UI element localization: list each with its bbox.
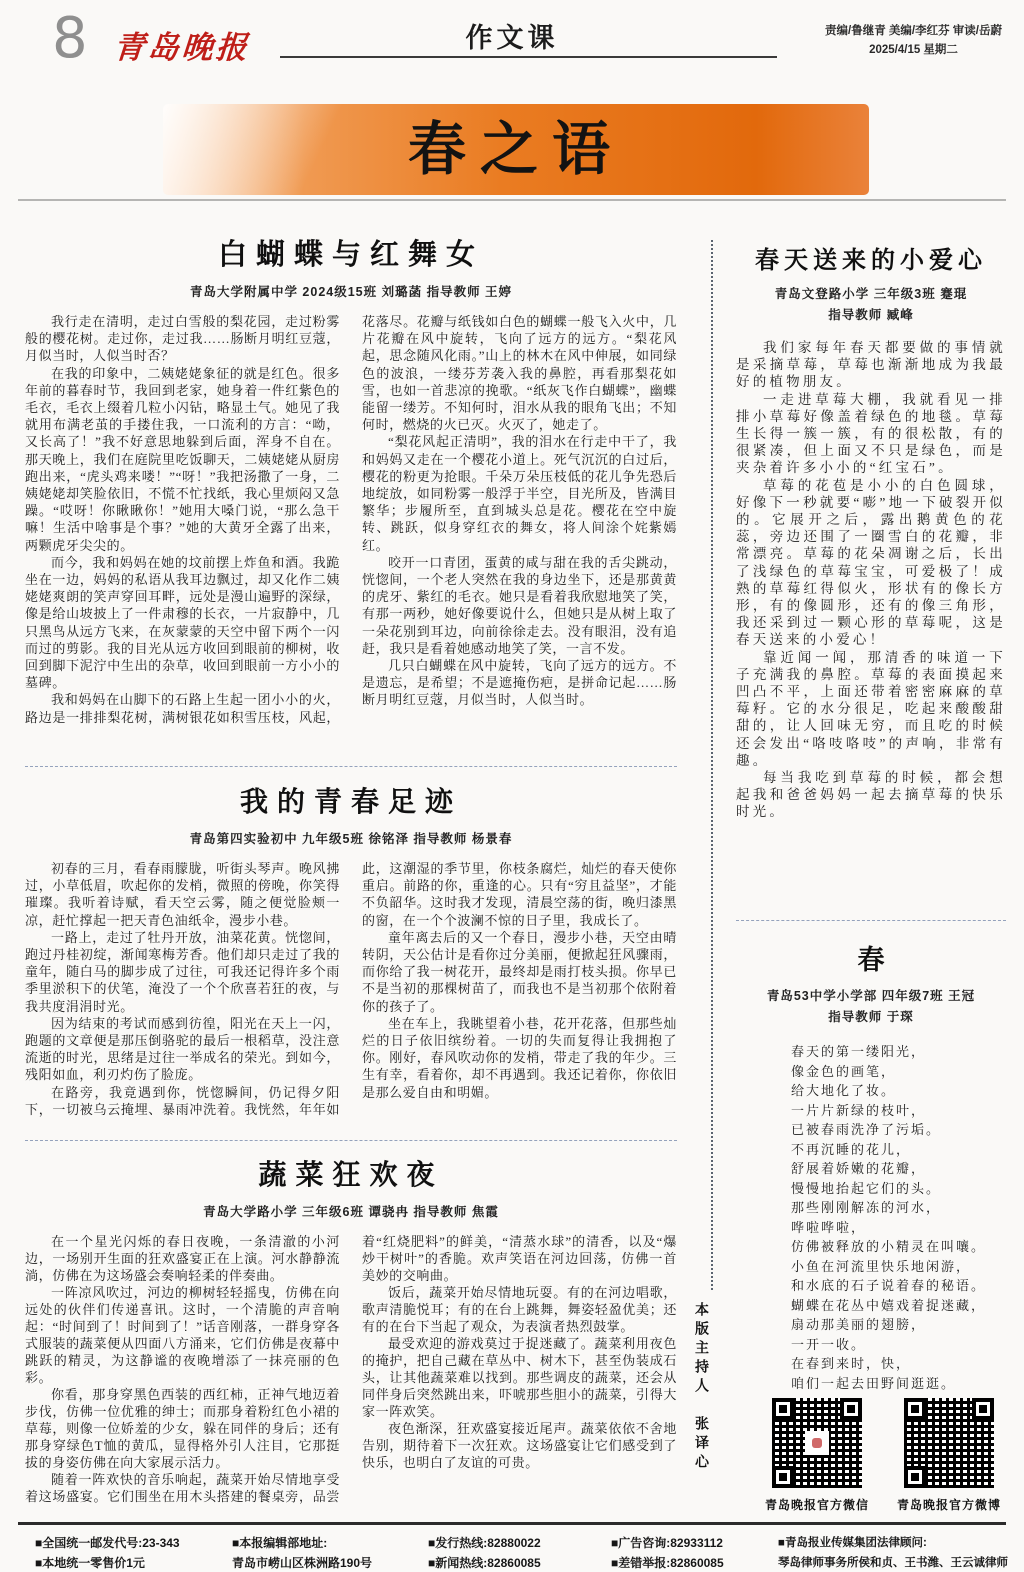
poem-byline: 青岛53中学小学部 四年级7班 王冠 指导教师 于琛 [736,986,1006,1028]
footer-line: ■青岛报业传媒集团法律顾问: [778,1533,1008,1553]
paragraph: 靠近闻一闻，那清香的味道一下子充满我的鼻腔。草莓的表面摸起来凹凸不平，上面还带着… [736,649,1006,769]
editors-info: 责编/鲁继青 美编/李红芬 审读/岳蔚 2025/4/15 星期二 [825,22,1002,60]
poem-line: 在春到来时，快， [791,1354,1006,1374]
article-youth-footprints: 我的青春足迹 青岛第四实验初中 九年级5班 徐铭泽 指导教师 杨景春 初春的三月… [25,780,677,1118]
paragraph: 在一个星光闪烁的春日夜晚，一条清澈的小河边，一场别开生面的狂欢盛宴正在上演。河水… [25,1233,340,1284]
article-title: 白蝴蝶与红舞女 [25,232,677,273]
poem-title: 春 [736,938,1006,977]
qr-finder-icon [840,1398,862,1420]
theme-banner: 春之语 [163,104,869,195]
footer-legal: ■青岛报业传媒集团法律顾问: 琴岛律师事务所侯和贞、王书潍、王云诚律师 [778,1533,1008,1572]
footer-address: ■本报编辑部地址: 青岛市崂山区株洲路190号 [232,1533,372,1572]
footer-line: ■广告咨询:82933112 [611,1533,724,1553]
paragraph: 你看，那身穿黑色西装的西红柿，正神气地迈着步伐，仿佛一位优雅的绅士；而那身着粉红… [25,1386,340,1471]
footer-rule [18,1522,1006,1525]
qr-finder-icon [904,1398,926,1420]
poem-line: 和水底的石子说着春的秘语。 [791,1276,1006,1296]
article-white-butterfly: 白蝴蝶与红舞女 青岛大学附属中学 2024级15班 刘璐菡 指导教师 王婷 我行… [25,232,677,726]
newspaper-page: { "header": { "page_number": "8", "masth… [0,0,1024,1572]
poem-line: 那些刚刚解冻的河水， [791,1198,1006,1218]
qr-center-logo-icon [805,1431,829,1455]
poem-line: 扇动那美丽的翅膀， [791,1315,1006,1335]
poem-line: 蝴蝶在花丛中嬉戏着捉迷藏， [791,1296,1006,1316]
footer-ads-report: ■广告咨询:82933112 ■差错举报:82860085 [611,1533,724,1572]
article-byline: 青岛文登路小学 三年级3班 蹇琨 指导教师 臧峰 [736,284,1006,326]
poem-line: 不再沉睡的花儿， [791,1140,1006,1160]
paragraph: 每当我吃到草莓的时候，都会想起我和爸爸妈妈一起去摘草莓的快乐时光。 [736,769,1006,821]
poem-line: 舒展着娇嫩的花瓣， [791,1159,1006,1179]
poem-line: 小鱼在河流里快乐地闲游， [791,1257,1006,1277]
article-body: 我行走在清明，走过白雪般的梨花园，走过粉雾般的樱花树。走过你，走过我……肠断月明… [25,313,677,726]
article-divider [25,1140,677,1141]
paragraph: 因为结束的考试而感到彷徨，阳光在天上一闪，跑题的文章便是那压倒骆驼的最后一根稻草… [25,1015,340,1084]
poem-line: 慢慢地抬起它们的头。 [791,1179,1006,1199]
qr-finder-icon [972,1398,994,1420]
banner-rule [18,199,1006,201]
paragraph: 童年离去后的又一个春日，漫步小巷，天空由晴转阴，天公估计是看你过分美丽，便掀起狂… [362,929,677,1015]
article-title: 蔬菜狂欢夜 [25,1153,677,1193]
footer-hotlines: ■发行热线:82880022 ■新闻热线:82860085 [428,1533,541,1572]
footer-line: ■本地统一零售价1元 [35,1553,180,1572]
qr-caption-weibo: 青岛晚报官方微博 [887,1496,1011,1513]
poem-line: 已被春雨洗净了污垢。 [791,1120,1006,1140]
poem-spring: 春 青岛53中学小学部 四年级7班 王冠 指导教师 于琛 春天的第一缕阳光，像金… [736,938,1006,1393]
poem-line: 哗啦哗啦， [791,1218,1006,1238]
footer-line: 青岛市崂山区株洲路190号 [232,1553,372,1572]
paragraph: 我行走在清明，走过白雪般的梨花园，走过粉雾般的樱花树。走过你，走过我……肠断月明… [25,313,340,365]
byline-teacher: 指导教师 于琛 [736,1007,1006,1028]
article-title: 我的青春足迹 [25,780,677,820]
paragraph: 夜色渐深，狂欢盛宴接近尾声。蔬菜依依不舍地告别，期待着下一次狂欢。这场盛宴让它们… [362,1420,677,1471]
byline-school: 青岛53中学小学部 四年级7班 王冠 [736,986,1006,1007]
theme-banner-title: 春之语 [163,104,869,195]
paragraph: 在我的印象中，二姨姥姥象征的就是红色。很多年前的暮春时节，我回到老家，她身着一件… [25,365,340,554]
paragraph: 饭后，蔬菜开始尽情地玩耍。有的在河边唱歌，歌声清脆悦耳；有的在台上跳舞，舞姿轻盈… [362,1284,677,1335]
paragraph: 坐在车上，我眺望着小巷，花开花落，但那些灿烂的日子依旧缤纷着。一切的失而复得让我… [362,1015,677,1101]
qr-caption-wechat: 青岛晚报官方微信 [755,1496,879,1513]
date-line: 2025/4/15 星期二 [825,41,1002,60]
poem-line: 给大地化了妆。 [791,1081,1006,1101]
paragraph: 一阵凉风吹过，河边的柳树轻轻摇曳，仿佛在向远处的伙伴们传递喜讯。这时，一个清脆的… [25,1284,340,1386]
paragraph: 一走进草莓大棚，我就看见一排排小草莓好像盖着绿色的地毯。草莓生长得一簇一簇，有的… [736,391,1006,477]
footer-line: ■发行热线:82880022 [428,1533,541,1553]
qr-code-wechat [772,1398,862,1488]
poem-line: 春天的第一缕阳光， [791,1042,1006,1062]
article-vegetable-carnival: 蔬菜狂欢夜 青岛大学路小学 三年级6班 谭骁冉 指导教师 焦霞 在一个星光闪烁的… [25,1153,677,1505]
article-byline: 青岛第四实验初中 九年级5班 徐铭泽 指导教师 杨景春 [25,829,677,847]
footer-line: ■全国统一邮发代号:23-343 [35,1533,180,1553]
paragraph: 一路上，走过了牡丹开放，油菜花黄。恍惚间，跑过丹桂初绽，渐闻寒梅芳香。他们却只走… [25,929,340,1015]
poem-body: 春天的第一缕阳光，像金色的画笔，给大地化了妆。一片片新绿的枝叶，已被春雨洗净了污… [736,1042,1006,1393]
footer-line: ■本报编辑部地址: [232,1533,372,1553]
footer-line: ■新闻热线:82860085 [428,1553,541,1572]
header-divider [280,56,777,58]
byline-teacher: 指导教师 臧峰 [736,305,1006,326]
poem-line: 一片片新绿的枝叶， [791,1101,1006,1121]
editors-line: 责编/鲁继青 美编/李红芬 审读/岳蔚 [825,22,1002,41]
poem-line: 仿佛被释放的小精灵在叫嚷。 [791,1237,1006,1257]
article-spring-love-heart: 春天送来的小爱心 青岛文登路小学 三年级3班 蹇琨 指导教师 臧峰 我们家每年春… [736,240,1006,821]
qr-finder-icon [772,1466,794,1488]
footer-postal-info: ■全国统一邮发代号:23-343 ■本地统一零售价1元 [35,1533,180,1572]
paragraph: 咬开一口青团，蛋黄的咸与甜在我的舌尖跳动，恍惚间，一个老人突然在我的身边坐下，还… [362,554,677,657]
article-divider [736,920,1006,921]
page-host: 本版主持人 张译心 [692,1302,712,1480]
article-body: 初春的三月，看春雨朦胧，听街头琴声。晚风拂过，小草低眉，吹起你的发梢，微照的傍晚… [25,860,677,1118]
poem-line: 咱们一起去田野间逛逛。 [791,1374,1006,1394]
article-body: 在一个星光闪烁的春日夜晚，一条清澈的小河边，一场别开生面的狂欢盛宴正在上演。河水… [25,1233,677,1505]
paragraph: 我们家每年春天都要做的事情就是采摘草莓，草莓也渐渐地成为我最好的植物朋友。 [736,339,1006,391]
qr-finder-icon [772,1398,794,1420]
article-body: 我们家每年春天都要做的事情就是采摘草莓，草莓也渐渐地成为我最好的植物朋友。一走进… [736,339,1006,821]
paragraph: 初春的三月，看春雨朦胧，听街头琴声。晚风拂过，小草低眉，吹起你的发梢，微照的傍晚… [25,860,340,929]
byline-school: 青岛文登路小学 三年级3班 蹇琨 [736,284,1006,305]
footer-line: ■差错举报:82860085 [611,1553,724,1572]
article-divider [25,766,677,767]
paragraph: 而今，我和妈妈在她的坟前摆上炸鱼和酒。我跪坐在一边，妈妈的私语从我耳边飘过，却又… [25,554,340,692]
column-divider [711,240,713,1290]
qr-code-weibo [904,1398,994,1488]
paragraph: 草莓的花苞是小小的白色圆球，好像下一秒就要“嘭”地一下破裂开似的。它展开之后，露… [736,477,1006,649]
footer-line: 琴岛律师事务所侯和贞、王书潍、王云诚律师 [778,1553,1008,1572]
paragraph: 最受欢迎的游戏莫过于捉迷藏了。蔬菜利用夜色的掩护，把自己藏在草丛中、树木下，甚至… [362,1335,677,1420]
poem-line: 一开一收。 [791,1335,1006,1355]
poem-line: 像金色的画笔， [791,1062,1006,1082]
article-byline: 青岛大学路小学 三年级6班 谭骁冉 指导教师 焦霞 [25,1202,677,1220]
paragraph: “梨花风起正清明”，我的泪水在行走中干了，我和妈妈又走在一个樱花小道上。死气沉沉… [362,433,677,553]
qr-finder-icon [904,1466,926,1488]
article-byline: 青岛大学附属中学 2024级15班 刘璐菡 指导教师 王婷 [25,282,677,300]
article-title: 春天送来的小爱心 [736,240,1006,275]
paragraph: 几只白蝴蝶在风中旋转，飞向了远方的远方。不是遗忘，是希望；不是遮掩伤疤，是拼命记… [362,657,677,709]
